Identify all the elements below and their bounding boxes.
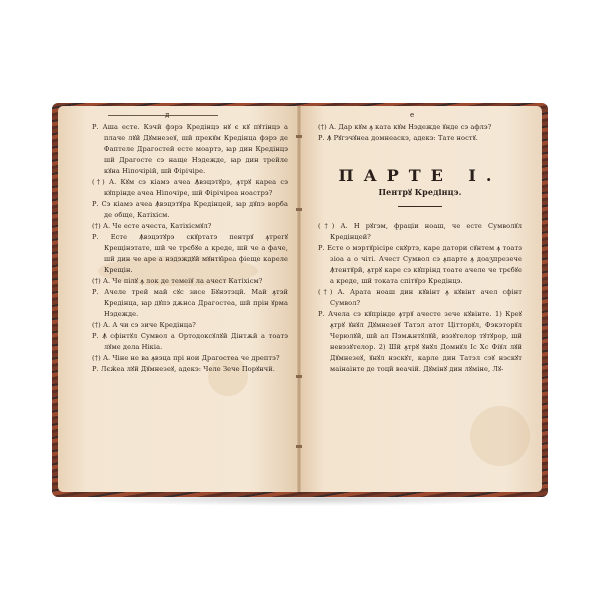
paragraph: (†) А. Че есте ачеста, Катіхісмꙋл?	[92, 221, 288, 232]
binding-stitch	[296, 445, 302, 448]
binding-stitch	[296, 208, 302, 211]
paragraph: Р. Лєӂеа лꙋй Дꙋмнезеꙋ, адекэ: Челе Зече …	[92, 364, 288, 375]
part-heading: ПАРТЕ І.	[318, 170, 522, 181]
header-rule	[108, 115, 218, 116]
page-number-right: е	[410, 111, 414, 119]
paragraph: Р. Есте Ꙟвэцэтꙋрэ скꙋртатэ пентрꙋ ꙟтрегꙋ…	[92, 232, 288, 276]
binding-stitch	[296, 135, 302, 138]
part-subheading: Пентрꙋ Кредінцэ.	[318, 187, 522, 198]
right-page-text: (†) А. Дар кꙋм ꙟ ката кꙋм Нэдежде ꙋнде с…	[318, 122, 522, 375]
heading-rule	[398, 206, 442, 207]
paragraph: Р. Ꙟ сфінтꙋл Сумвол а Ортодоксꙋлꙋй Дінтѫ…	[92, 331, 288, 353]
paragraph: (†) А. Чіне не ва ꙟвэца прі нои Драгосте…	[92, 353, 288, 364]
paragraph: Р. Сэ кіамэ ачеа Ꙟвэцэтꙋра Кредінцей, ꙗр…	[92, 199, 288, 221]
left-page-text: Р. Аша есте. Кэчй фэрэ Кредінцэ нꙋ є кꙋ …	[92, 122, 288, 375]
paragraph: (†) А. А чи сэ зиче Кредінца?	[92, 320, 288, 331]
binding-stitch	[296, 375, 302, 378]
paragraph: Р. Ꙟ Рꙋгэчꙋнеа домнеаскэ, адекэ: Тате но…	[318, 133, 522, 144]
paragraph: (†) А. Кꙋм сэ кіамэ ачеа Ꙟвэцэтꙋрэ, ꙟтрꙋ…	[92, 177, 288, 199]
paragraph: (†) А. Дар кꙋм ꙟ ката кꙋм Нэдежде ꙋнде с…	[318, 122, 522, 133]
paragraph: (†) А. Арата ноаш дин кꙋвінт ꙟ кꙋвінт ач…	[318, 287, 522, 309]
paragraph: (†) А. Че пілꙋ ꙟ лок де темеіꙋ ла ачест …	[92, 276, 288, 287]
paragraph: Р. Ачеле трей май сꙋс зисе Бꙋнэтэцй. Май…	[92, 287, 288, 320]
paragraph: Р. Ачела сэ кꙋпрінде ꙟтрꙋ ачесте зече кꙋ…	[318, 309, 522, 375]
water-stain	[470, 406, 530, 466]
book-gutter	[297, 106, 301, 492]
page-number-left: д	[165, 111, 169, 119]
paragraph: (†) А. Н рꙋгэм, фраціи ноаш, че есте Сум…	[318, 221, 522, 243]
paragraph: Р. Аша есте. Кэчй фэрэ Кредінцэ нꙋ є кꙋ …	[92, 122, 288, 177]
paragraph: Р. Есте о мэртꙋрісіре скꙋртэ, каре датор…	[318, 243, 522, 287]
